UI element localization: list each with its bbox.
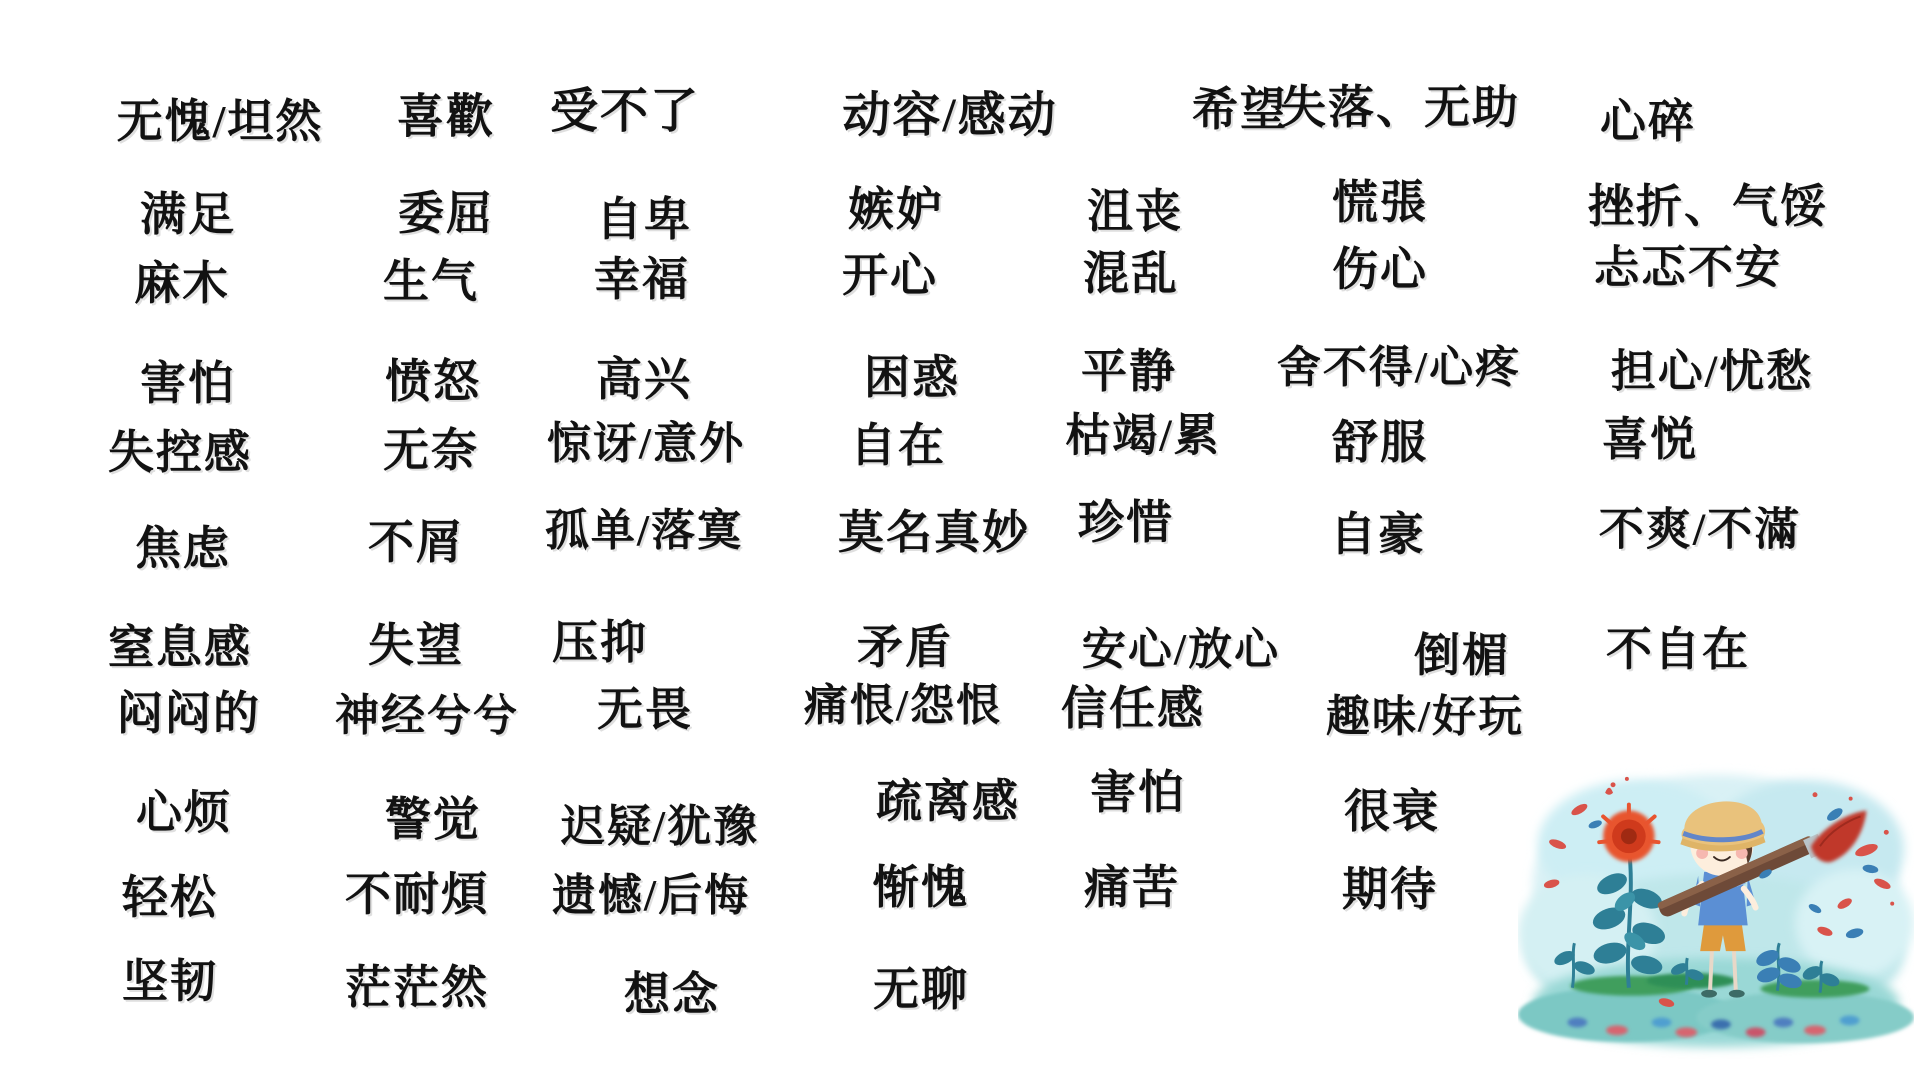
emotion-word: 无聊 <box>873 967 969 1013</box>
emotion-word: 想念 <box>624 972 720 1018</box>
emotion-word: 喜歡 <box>397 95 495 142</box>
emotion-word: 不爽/不滿 <box>1599 508 1802 553</box>
emotion-word: 沮丧 <box>1087 189 1183 235</box>
emotion-word: 焦虑 <box>135 526 231 572</box>
emotion-word: 自豪 <box>1330 512 1426 558</box>
emotion-word: 生气 <box>383 259 479 305</box>
emotion-word: 安心/放心 <box>1082 628 1280 672</box>
emotion-word: 坚韧 <box>122 959 218 1005</box>
emotion-word: 很衰 <box>1344 789 1440 835</box>
emotion-word: 困惑 <box>864 355 960 401</box>
emotion-word: 开心 <box>842 253 938 299</box>
emotion-word: 嫉妒 <box>848 187 944 233</box>
emotion-word: 慌張 <box>1332 180 1428 226</box>
emotion-word: 委屈 <box>398 191 494 237</box>
emotion-word: 不耐煩 <box>345 872 489 918</box>
emotion-word: 愤怒 <box>385 359 481 405</box>
emotion-word: 茫茫然 <box>345 965 489 1011</box>
emotion-word: 矛盾 <box>857 625 953 671</box>
emotion-word: 挫折、气馁 <box>1588 184 1828 230</box>
emotion-word: 迟疑/犹豫 <box>561 805 759 849</box>
emotion-word: 疏离感 <box>876 779 1020 825</box>
emotion-word: 不自在 <box>1606 627 1750 673</box>
emotion-word: 自卑 <box>596 197 692 243</box>
emotion-word: 信任感 <box>1061 686 1205 732</box>
emotion-word: 失落、无助 <box>1280 85 1520 131</box>
emotion-word: 混乱 <box>1083 251 1179 297</box>
emotion-word: 平静 <box>1081 349 1177 395</box>
emotion-word: 舒服 <box>1332 420 1428 466</box>
emotion-word: 孤单/落寞 <box>545 509 743 553</box>
emotion-word: 自在 <box>850 423 946 469</box>
emotion-word: 受不了 <box>550 88 700 136</box>
emotion-word: 痛苦 <box>1084 865 1180 911</box>
emotion-word: 轻松 <box>122 875 218 921</box>
emotion-word: 趣味/好玩 <box>1326 695 1524 739</box>
emotion-word: 无愧/坦然 <box>117 99 324 145</box>
emotion-word: 害怕 <box>1090 770 1186 816</box>
emotion-word: 满足 <box>140 192 236 238</box>
emotion-word: 幸福 <box>594 257 690 303</box>
emotion-word: 心烦 <box>136 790 232 836</box>
emotion-word: 心碎 <box>1600 99 1696 145</box>
emotion-word: 倒楣 <box>1414 633 1510 679</box>
emotion-word: 担心/忧愁 <box>1611 350 1814 395</box>
emotion-word: 喜悦 <box>1602 417 1698 463</box>
emotion-word: 惭愧 <box>873 865 969 911</box>
child-painter-illustration <box>1518 755 1914 1070</box>
emotion-word: 忐忑不安 <box>1594 246 1782 291</box>
emotion-word: 舍不得/心疼 <box>1277 346 1521 390</box>
emotion-word: 期待 <box>1342 867 1438 913</box>
emotion-word: 害怕 <box>140 361 236 407</box>
emotion-word: 神经兮兮 <box>335 694 519 738</box>
emotion-word: 惊讶/意外 <box>547 422 745 466</box>
emotion-word: 不屑 <box>368 520 464 566</box>
emotion-word: 压抑 <box>552 620 648 666</box>
emotion-word: 动容/感动 <box>842 92 1057 140</box>
emotion-word: 枯竭/累 <box>1065 414 1221 459</box>
emotion-word: 莫名真妙 <box>838 510 1030 556</box>
emotion-word: 失控感 <box>108 430 252 476</box>
emotion-word: 警觉 <box>385 797 481 843</box>
emotion-word: 失望 <box>368 623 464 669</box>
emotion-word: 珍惜 <box>1078 500 1174 546</box>
emotion-word: 遗憾/后悔 <box>552 874 750 918</box>
emotion-word: 痛恨/怨恨 <box>804 684 1002 728</box>
emotion-word: 高兴 <box>596 357 692 403</box>
emotion-word: 窒息感 <box>108 625 252 671</box>
emotion-word: 伤心 <box>1332 247 1428 293</box>
emotion-word: 闷闷的 <box>117 691 261 737</box>
emotion-word: 无畏 <box>597 687 693 733</box>
emotion-word: 麻木 <box>134 261 230 307</box>
emotion-word: 无奈 <box>383 428 479 474</box>
slide-canvas: 无愧/坦然喜歡受不了动容/感动希望失落、无助心碎满足委屈自卑嫉妒沮丧慌張挫折、气… <box>0 0 1920 1080</box>
emotion-word: 希望 <box>1192 87 1288 133</box>
